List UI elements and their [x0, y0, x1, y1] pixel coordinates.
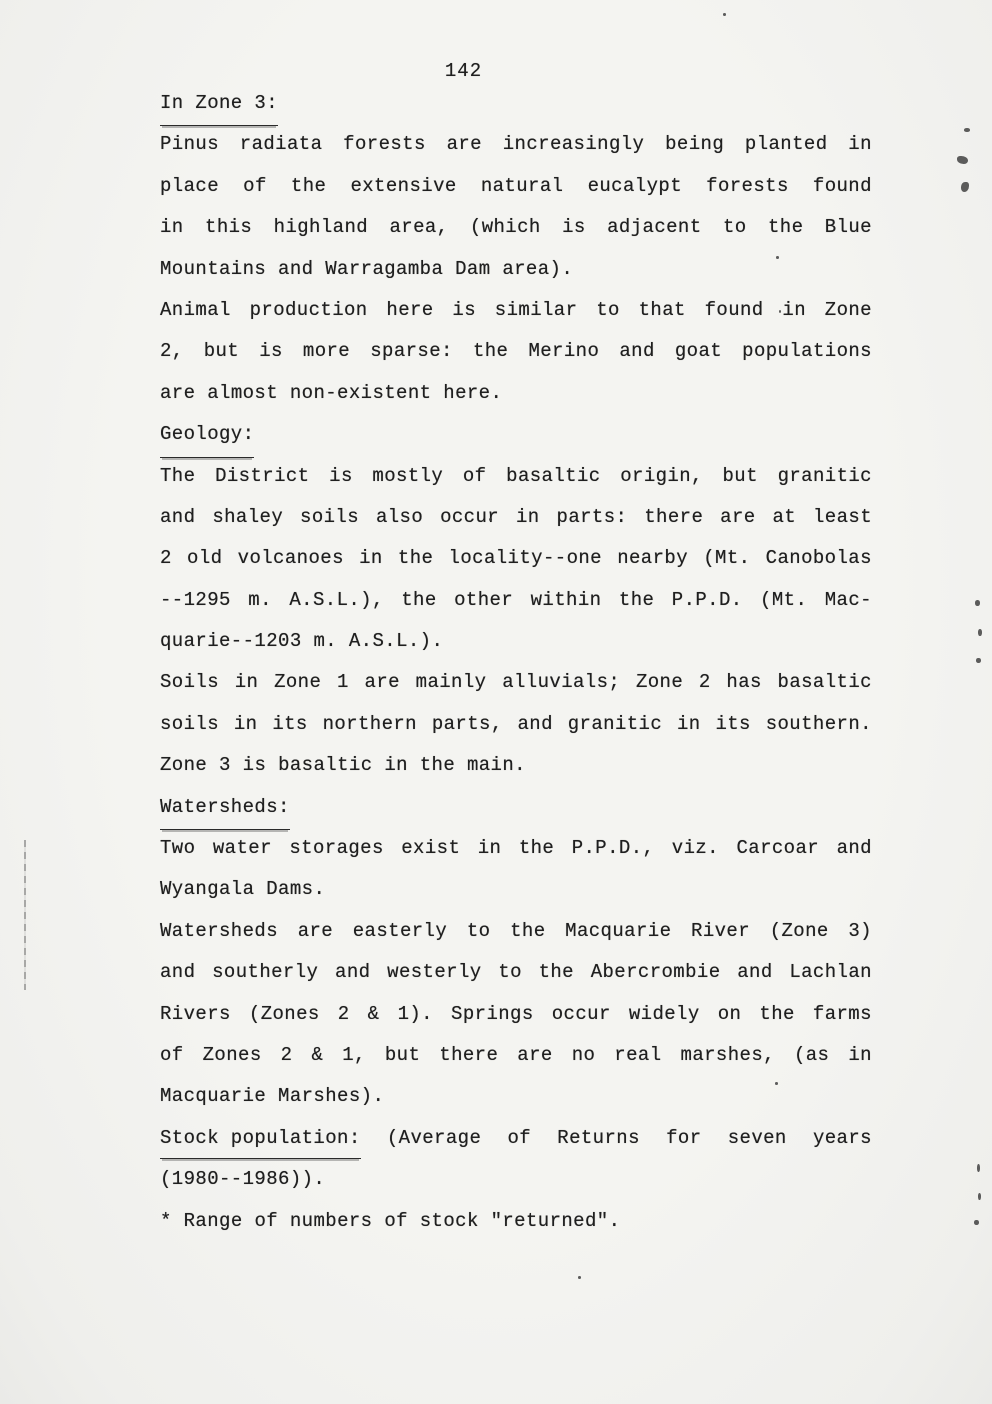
scan-speck [976, 658, 981, 663]
word: and [517, 704, 552, 745]
word: Soils [160, 662, 219, 703]
word: and [160, 497, 195, 538]
word: natural [481, 166, 564, 207]
word: Warragamba [325, 249, 443, 290]
word: Zone [636, 662, 683, 703]
word: is [243, 745, 267, 786]
word: other [454, 580, 513, 621]
word: & [368, 994, 380, 1035]
word: old [187, 538, 222, 579]
word: area). [502, 249, 573, 290]
underlined-heading-text: Geology: [160, 414, 254, 457]
word: origin, [620, 456, 703, 497]
word: eucalypt [588, 166, 682, 207]
word: (Mt. [760, 580, 807, 621]
word: 2, [160, 331, 184, 372]
word: to [596, 290, 620, 331]
text-line: Stock population:(AverageofReturnsforsev… [160, 1118, 872, 1159]
word: 2 [160, 538, 172, 579]
word: (which [470, 207, 541, 248]
word: A.S.L.), [289, 580, 383, 621]
word: in [677, 704, 701, 745]
underlined-heading-text: In Zone 3: [160, 83, 278, 126]
word: Lachlan [789, 952, 872, 993]
word: soils [160, 704, 219, 745]
word: place [160, 166, 219, 207]
text-line: placeoftheextensivenaturaleucalyptforest… [160, 166, 872, 207]
word: locality--one [449, 538, 602, 579]
word: m. [248, 580, 272, 621]
word: the [401, 580, 436, 621]
word: here [386, 290, 433, 331]
word: forests [343, 124, 426, 165]
word: in [234, 704, 258, 745]
scan-speck [957, 156, 968, 164]
word: basaltic [278, 745, 372, 786]
word: here. [443, 373, 502, 414]
word: 2 [338, 994, 350, 1035]
word: Springs [451, 994, 534, 1035]
word: in [848, 1035, 872, 1076]
word: southern. [766, 704, 872, 745]
word: the [619, 580, 654, 621]
word: more [303, 331, 350, 372]
word: its [715, 704, 750, 745]
word: (Mt. [703, 538, 750, 579]
text-line: TheDistrictismostlyofbasalticorigin,butg… [160, 456, 872, 497]
word: Two [160, 828, 195, 869]
word: in [160, 207, 184, 248]
scan-speck [978, 629, 982, 636]
word: the [510, 911, 545, 952]
word: in [848, 124, 872, 165]
word: of [254, 1201, 278, 1242]
word: mainly [416, 662, 487, 703]
text-line: Wyangala Dams. [160, 869, 872, 910]
word: the [473, 331, 508, 372]
scan-speck [964, 128, 970, 132]
text-line: 2,butismoresparse:theMerinoandgoatpopula… [160, 331, 872, 372]
word: increasingly [503, 124, 645, 165]
text-line: Mountains and Warragamba Dam area). [160, 249, 872, 290]
text-line: ofZones2&1,buttherearenorealmarshes,(asi… [160, 1035, 872, 1076]
word: on [718, 994, 742, 1035]
word: in [359, 538, 383, 579]
word: of [507, 1118, 531, 1159]
scan-speck [723, 13, 726, 16]
word: & [311, 1035, 323, 1076]
word: and [737, 952, 772, 993]
word: has [726, 662, 761, 703]
word: the [398, 538, 433, 579]
word: 2 [281, 1035, 293, 1076]
word: years [813, 1118, 872, 1159]
word: storages [289, 828, 383, 869]
word: Dam [455, 249, 490, 290]
text-body: In Zone 3:Pinusradiataforestsareincreasi… [160, 83, 872, 1242]
word: at [772, 497, 796, 538]
word: District [215, 456, 309, 497]
word: to [723, 207, 747, 248]
page-number: 142 [0, 60, 927, 82]
word: viz. [672, 828, 719, 869]
scan-speck [977, 1164, 980, 1172]
word: 1). [398, 994, 433, 1035]
word: least [813, 497, 872, 538]
word: * [160, 1201, 172, 1242]
word: main. [467, 745, 526, 786]
word: adjacent [607, 207, 701, 248]
word: Wyangala [160, 869, 254, 910]
text-line: --1295m.A.S.L.),theotherwithintheP.P.D.(… [160, 580, 872, 621]
word: of [243, 166, 267, 207]
word: in [478, 828, 502, 869]
word: parts, [432, 704, 503, 745]
text-line: Geology: [160, 414, 872, 455]
word: Dams. [266, 869, 325, 910]
word: this [205, 207, 252, 248]
text-line: WatershedsareeasterlytotheMacquarieRiver… [160, 911, 872, 952]
word: almost [207, 373, 278, 414]
word: the [291, 166, 326, 207]
document-page: 142 In Zone 3:Pinusradiataforestsareincr… [0, 0, 992, 1404]
word: found [705, 290, 764, 331]
text-line: Zone 3 is basaltic in the main. [160, 745, 872, 786]
word: Mountains [160, 249, 266, 290]
word: no [572, 1035, 596, 1076]
word: "returned". [491, 1201, 621, 1242]
word: (Zone [770, 911, 829, 952]
text-line: inthishighlandarea,(whichisadjacenttothe… [160, 207, 872, 248]
text-line: 2oldvolcanoesinthelocality--onenearby(Mt… [160, 538, 872, 579]
word: the [519, 828, 554, 869]
word: is [562, 207, 586, 248]
underlined-heading-text: Watersheds: [160, 787, 290, 830]
word: are [517, 1035, 552, 1076]
text-line: Watersheds: [160, 787, 872, 828]
word: are [720, 497, 755, 538]
word: there [644, 497, 703, 538]
word: Rivers [160, 994, 231, 1035]
word: that [639, 290, 686, 331]
word: parts: [557, 497, 628, 538]
underlined-heading-text: Stock population: [160, 1118, 361, 1159]
word: real [614, 1035, 661, 1076]
word: widely [629, 994, 700, 1035]
scan-speck [978, 1193, 981, 1200]
word: marshes, [681, 1035, 775, 1076]
word: Returns [557, 1118, 640, 1159]
word: goat [675, 331, 722, 372]
word: of [160, 1035, 184, 1076]
word: the [768, 207, 803, 248]
word: Canobolas [766, 538, 872, 579]
word: shaley [212, 497, 283, 538]
word: volcanoes [238, 538, 344, 579]
word: Watersheds [160, 911, 278, 952]
word: in [782, 290, 806, 331]
word: P.P.D. [672, 580, 743, 621]
word: Carcoar [736, 828, 819, 869]
word: water [213, 828, 272, 869]
word: Range [184, 1201, 243, 1242]
word: 2 [699, 662, 711, 703]
word: Zone [274, 662, 321, 703]
word: its [272, 704, 307, 745]
word: granitic [778, 456, 872, 497]
word: radiata [240, 124, 323, 165]
scan-speck [975, 600, 980, 606]
word: Merino [528, 331, 599, 372]
word: non-existent [290, 373, 432, 414]
word: is [329, 456, 353, 497]
text-line: SoilsinZone1aremainlyalluvials;Zone2hasb… [160, 662, 872, 703]
word: Zone [160, 745, 207, 786]
word: and [335, 952, 370, 993]
word: stock [420, 1201, 479, 1242]
word: seven [728, 1118, 787, 1159]
word: within [531, 580, 602, 621]
scan-streak [24, 840, 26, 990]
word: numbers [290, 1201, 373, 1242]
word: are [298, 911, 333, 952]
word: mostly [372, 456, 443, 497]
word: (Average [387, 1118, 481, 1159]
word: 3) [848, 911, 872, 952]
scan-speck [775, 1082, 778, 1085]
word: in [516, 497, 540, 538]
text-line: andshaleysoilsalsooccurinparts:therearea… [160, 497, 872, 538]
word: of [463, 456, 487, 497]
word: Zones [203, 1035, 262, 1076]
word: Blue [825, 207, 872, 248]
word: P.P.D., [572, 828, 655, 869]
word: Pinus [160, 124, 219, 165]
word: Animal [160, 290, 231, 331]
text-line: Macquarie Marshes). [160, 1076, 872, 1117]
word: and [619, 331, 654, 372]
word: southerly [212, 952, 318, 993]
word: (as [794, 1035, 829, 1076]
word: A.S.L.). [349, 621, 443, 662]
word: Macquarie [565, 911, 671, 952]
word: being [665, 124, 724, 165]
word: extensive [350, 166, 456, 207]
scan-speck [974, 1220, 979, 1225]
word: easterly [353, 911, 447, 952]
text-line: soilsinitsnorthernparts,andgraniticinits… [160, 704, 872, 745]
word: in [235, 662, 259, 703]
word: in [384, 745, 408, 786]
word: basaltic [506, 456, 600, 497]
word: is [452, 290, 476, 331]
text-line: quarie--1203 m. A.S.L.). [160, 621, 872, 662]
word: the [539, 952, 574, 993]
word: and [160, 952, 195, 993]
text-line: Rivers(Zones2&1).Springsoccurwidelyonthe… [160, 994, 872, 1035]
word: to [498, 952, 522, 993]
word: highland [274, 207, 368, 248]
word: but [385, 1035, 420, 1076]
word: is [259, 331, 283, 372]
scan-speck [961, 182, 969, 192]
scan-speck [489, 518, 492, 521]
word: but [204, 331, 239, 372]
scan-speck [578, 1276, 581, 1279]
word: are [365, 662, 400, 703]
word: Zone [825, 290, 872, 331]
word: northern [323, 704, 417, 745]
scan-speck [779, 310, 781, 313]
word: farms [813, 994, 872, 1035]
word: 1 [337, 662, 349, 703]
text-line: * Range of numbers of stock "returned". [160, 1201, 872, 1242]
word: found [813, 166, 872, 207]
word: are [160, 373, 195, 414]
text-line: TwowaterstoragesexistintheP.P.D.,viz.Car… [160, 828, 872, 869]
word: Mac- [825, 580, 872, 621]
word: there [439, 1035, 498, 1076]
word: alluvials; [502, 662, 620, 703]
text-line: (1980--1986)). [160, 1159, 872, 1200]
word: River [691, 911, 750, 952]
word: The [160, 456, 195, 497]
word: m. [313, 621, 337, 662]
word: and [837, 828, 872, 869]
word: basaltic [778, 662, 872, 703]
word: granitic [568, 704, 662, 745]
word: occur [552, 994, 611, 1035]
word: production [250, 290, 368, 331]
word: planted [745, 124, 828, 165]
word: to [467, 911, 491, 952]
word: (1980--1986)). [160, 1159, 325, 1200]
word: Abercrombie [591, 952, 721, 993]
scan-speck [776, 256, 779, 259]
word: sparse: [370, 331, 453, 372]
text-line: Pinusradiataforestsareincreasinglybeingp… [160, 124, 872, 165]
word: and [278, 249, 313, 290]
text-line: In Zone 3: [160, 83, 872, 124]
word: exist [401, 828, 460, 869]
word: are [447, 124, 482, 165]
word: westerly [387, 952, 481, 993]
word: for [666, 1118, 701, 1159]
word: Macquarie [160, 1076, 266, 1117]
word: but [723, 456, 758, 497]
word: --1295 [160, 580, 231, 621]
word: the [759, 994, 794, 1035]
word: (Zones [249, 994, 320, 1035]
text-line: andsoutherlyandwesterlytotheAbercrombiea… [160, 952, 872, 993]
word: Marshes). [278, 1076, 384, 1117]
word: soils [300, 497, 359, 538]
word: 3 [219, 745, 231, 786]
word: the [420, 745, 455, 786]
word: similar [495, 290, 578, 331]
word: also [376, 497, 423, 538]
word: nearby [617, 538, 688, 579]
text-line: Animalproductionhereissimilartothatfound… [160, 290, 872, 331]
word: quarie--1203 [160, 621, 302, 662]
word: 1, [342, 1035, 366, 1076]
word: area, [389, 207, 448, 248]
text-line: are almost non-existent here. [160, 373, 872, 414]
word: forests [706, 166, 789, 207]
word: populations [742, 331, 872, 372]
word: of [384, 1201, 408, 1242]
